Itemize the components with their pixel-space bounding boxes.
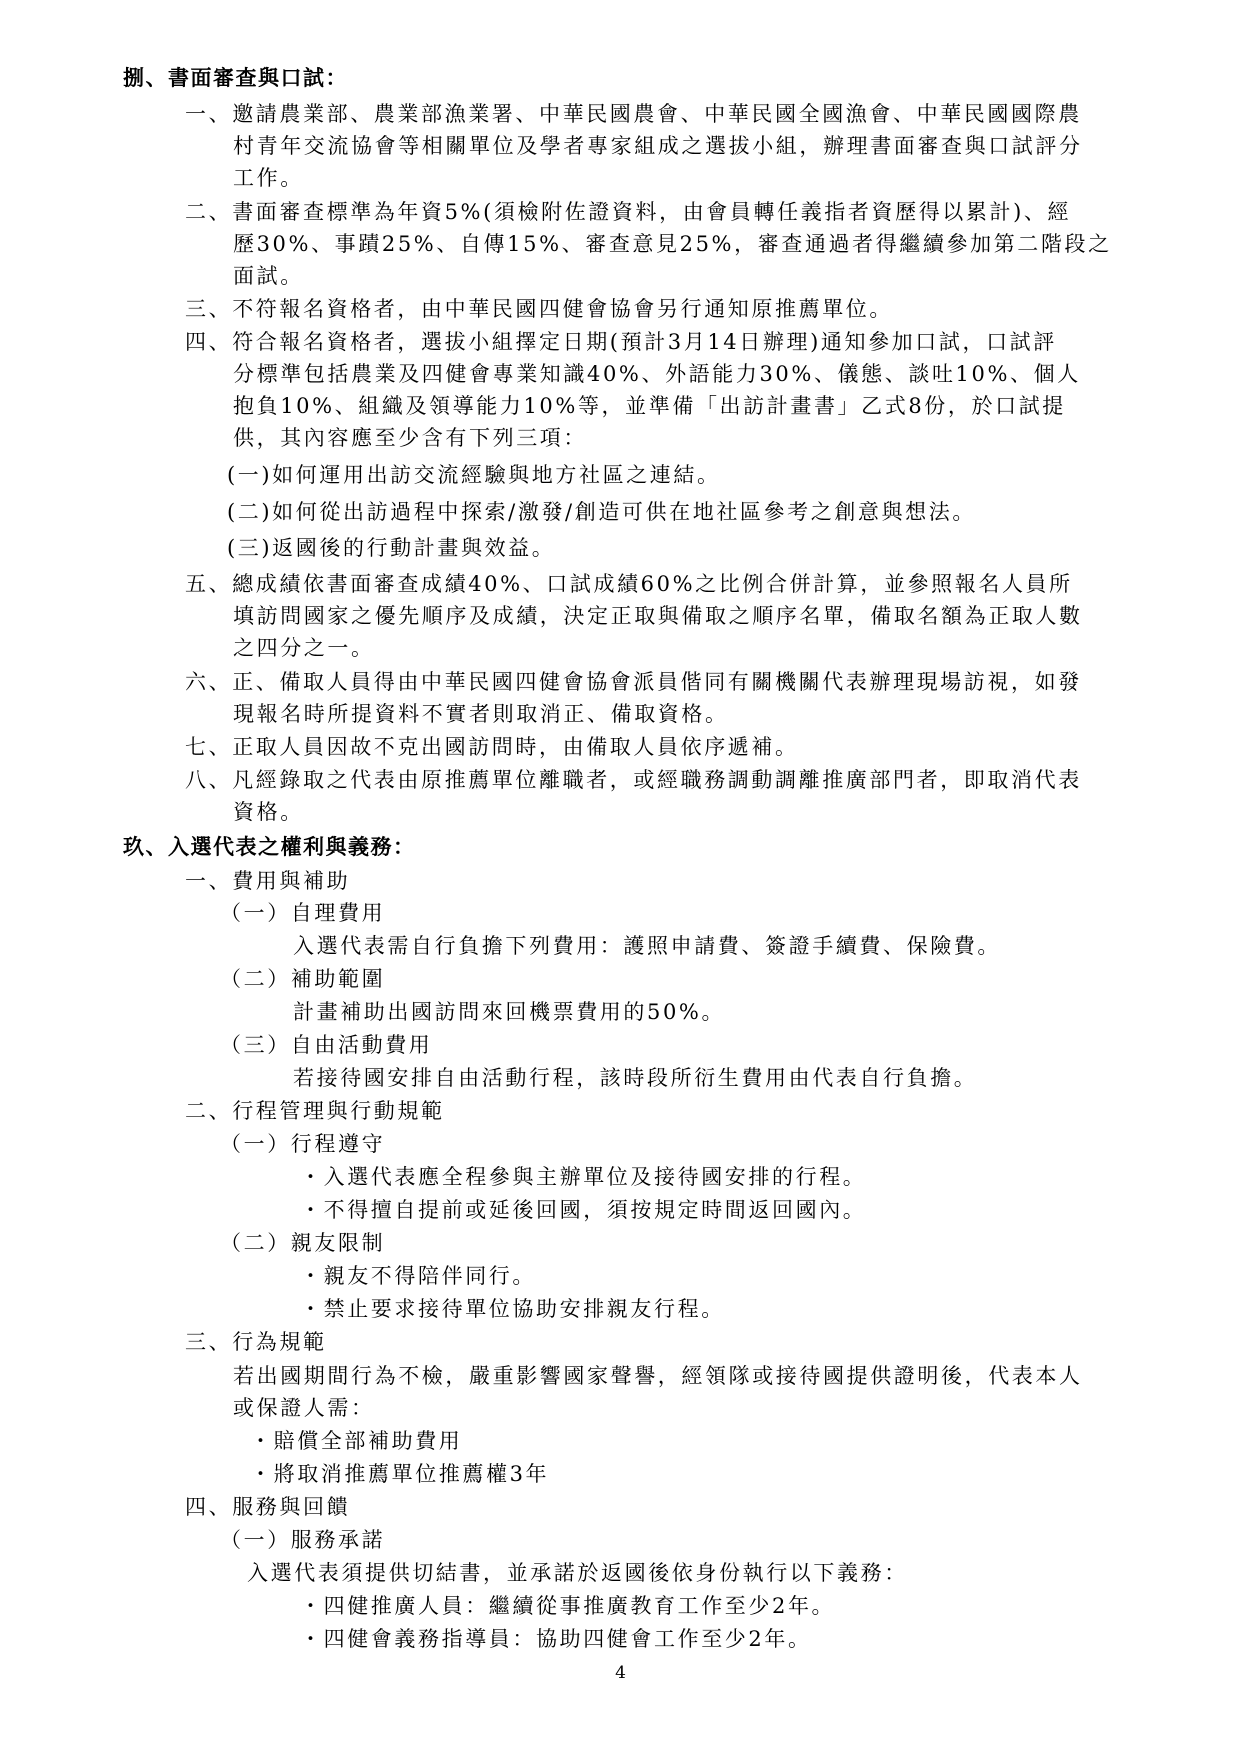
item-2-line-2: 歷30%、事蹟25%、自傳15%、審查意見25%，審查通過者得繼續參加第二階段之	[233, 229, 1112, 259]
item-2-line-1: 二、書面審查標準為年資5%(須檢附佐證資料，由會員轉任義指者資歷得以累計)、經	[185, 197, 1071, 227]
item-5-line-3: 之四分之一。	[233, 633, 375, 663]
item-4-sub-1: (一)如何運用出訪交流經驗與地方社區之連結。	[227, 460, 721, 490]
section-heading-9: 玖、入選代表之權利與義務：	[123, 832, 416, 862]
sub-4-1-text: 入選代表須提供切結書，並承諾於返國後依身份執行以下義務：	[247, 1558, 908, 1588]
item-4-line-2: 分標準包括農業及四健會專業知識40%、外語能力30%、儀態、談吐10%、個人	[233, 359, 1081, 389]
sub-4-1-bullet-1: ・四健推廣人員：繼續從事推廣教育工作至少2年。	[300, 1591, 835, 1621]
sub-2-heading: 二、行程管理與行動規範	[185, 1096, 445, 1126]
sub-1-1-text: 入選代表需自行負擔下列費用：護照申請費、簽證手續費、保險費。	[293, 931, 1001, 961]
sub-2-1-bullet-2: ・不得擅自提前或延後回國，須按規定時間返回國內。	[300, 1195, 866, 1225]
sub-3-text-line-2: 或保證人需：	[233, 1393, 375, 1423]
sub-3-bullet-2: ・將取消推薦單位推薦權3年	[250, 1459, 549, 1489]
item-8-line-2: 資格。	[233, 797, 304, 827]
sub-2-2-bullet-2: ・禁止要求接待單位協助安排親友行程。	[300, 1294, 725, 1324]
item-6-line-1: 六、正、備取人員得由中華民國四健會協會派員偕同有關機關代表辦理現場訪視，如發	[185, 667, 1082, 697]
sub-1-2-heading: （二）補助範圍	[220, 964, 385, 994]
page-number: 4	[0, 1662, 1241, 1684]
sub-3-text-line-1: 若出國期間行為不檢，嚴重影響國家聲譽，經領隊或接待國提供證明後，代表本人	[233, 1361, 1083, 1391]
sub-4-1-heading: （一）服務承諾	[220, 1525, 385, 1555]
sub-2-2-heading: （二）親友限制	[220, 1228, 385, 1258]
item-4-line-1: 四、符合報名資格者，選拔小組擇定日期(預計3月14日辦理)通知參加口試，口試評	[185, 327, 1057, 357]
item-5-line-2: 填訪問國家之優先順序及成績，決定正取與備取之順序名單，備取名額為正取人數	[233, 601, 1083, 631]
item-4-line-4: 供，其內容應至少含有下列三項：	[233, 423, 587, 453]
item-7: 七、正取人員因故不克出國訪問時，由備取人員依序遞補。	[185, 732, 799, 762]
item-1-line-2: 村青年交流協會等相關單位及學者專家組成之選拔小組，辦理書面審查與口試評分	[233, 131, 1083, 161]
section-heading-8: 捌、書面審查與口試：	[123, 63, 348, 93]
item-4-sub-2: (二)如何從出訪過程中探索/激發/創造可供在地社區參考之創意與想法。	[227, 497, 976, 527]
item-1-line-3: 工作。	[233, 163, 304, 193]
item-8-line-1: 八、凡經錄取之代表由原推薦單位離職者，或經職務調動調離推廣部門者，即取消代表	[185, 765, 1082, 795]
sub-1-1-heading: （一）自理費用	[220, 898, 385, 928]
sub-1-3-text: 若接待國安排自由活動行程，該時段所衍生費用由代表自行負擔。	[293, 1063, 977, 1093]
sub-3-bullet-1: ・賠償全部補助費用	[250, 1426, 462, 1456]
item-5-line-1: 五、總成績依書面審查成績40%、口試成績60%之比例合併計算，並參照報名人員所	[185, 569, 1073, 599]
sub-2-2-bullet-1: ・親友不得陪伴同行。	[300, 1261, 536, 1291]
sub-4-heading: 四、服務與回饋	[185, 1492, 350, 1522]
sub-1-heading: 一、費用與補助	[185, 866, 350, 896]
item-4-sub-3: (三)返國後的行動計畫與效益。	[227, 533, 555, 563]
sub-1-2-text: 計畫補助出國訪問來回機票費用的50%。	[293, 997, 725, 1027]
sub-4-1-bullet-2: ・四健會義務指導員：協助四健會工作至少2年。	[300, 1624, 812, 1654]
item-1-line-1: 一、邀請農業部、農業部漁業署、中華民國農會、中華民國全國漁會、中華民國國際農	[185, 99, 1082, 129]
sub-2-1-heading: （一）行程遵守	[220, 1129, 385, 1159]
sub-3-heading: 三、行為規範	[185, 1327, 327, 1357]
sub-2-1-bullet-1: ・入選代表應全程參與主辦單位及接待國安排的行程。	[300, 1162, 866, 1192]
item-2-line-3: 面試。	[233, 261, 304, 291]
sub-1-3-heading: （三）自由活動費用	[220, 1030, 432, 1060]
item-6-line-2: 現報名時所提資料不實者則取消正、備取資格。	[233, 699, 729, 729]
item-4-line-3: 抱負10%、組織及領導能力10%等，並準備「出訪計畫書」乙式8份，於口試提	[233, 391, 1066, 421]
item-3: 三、不符報名資格者，由中華民國四健會協會另行通知原推薦單位。	[185, 294, 893, 324]
